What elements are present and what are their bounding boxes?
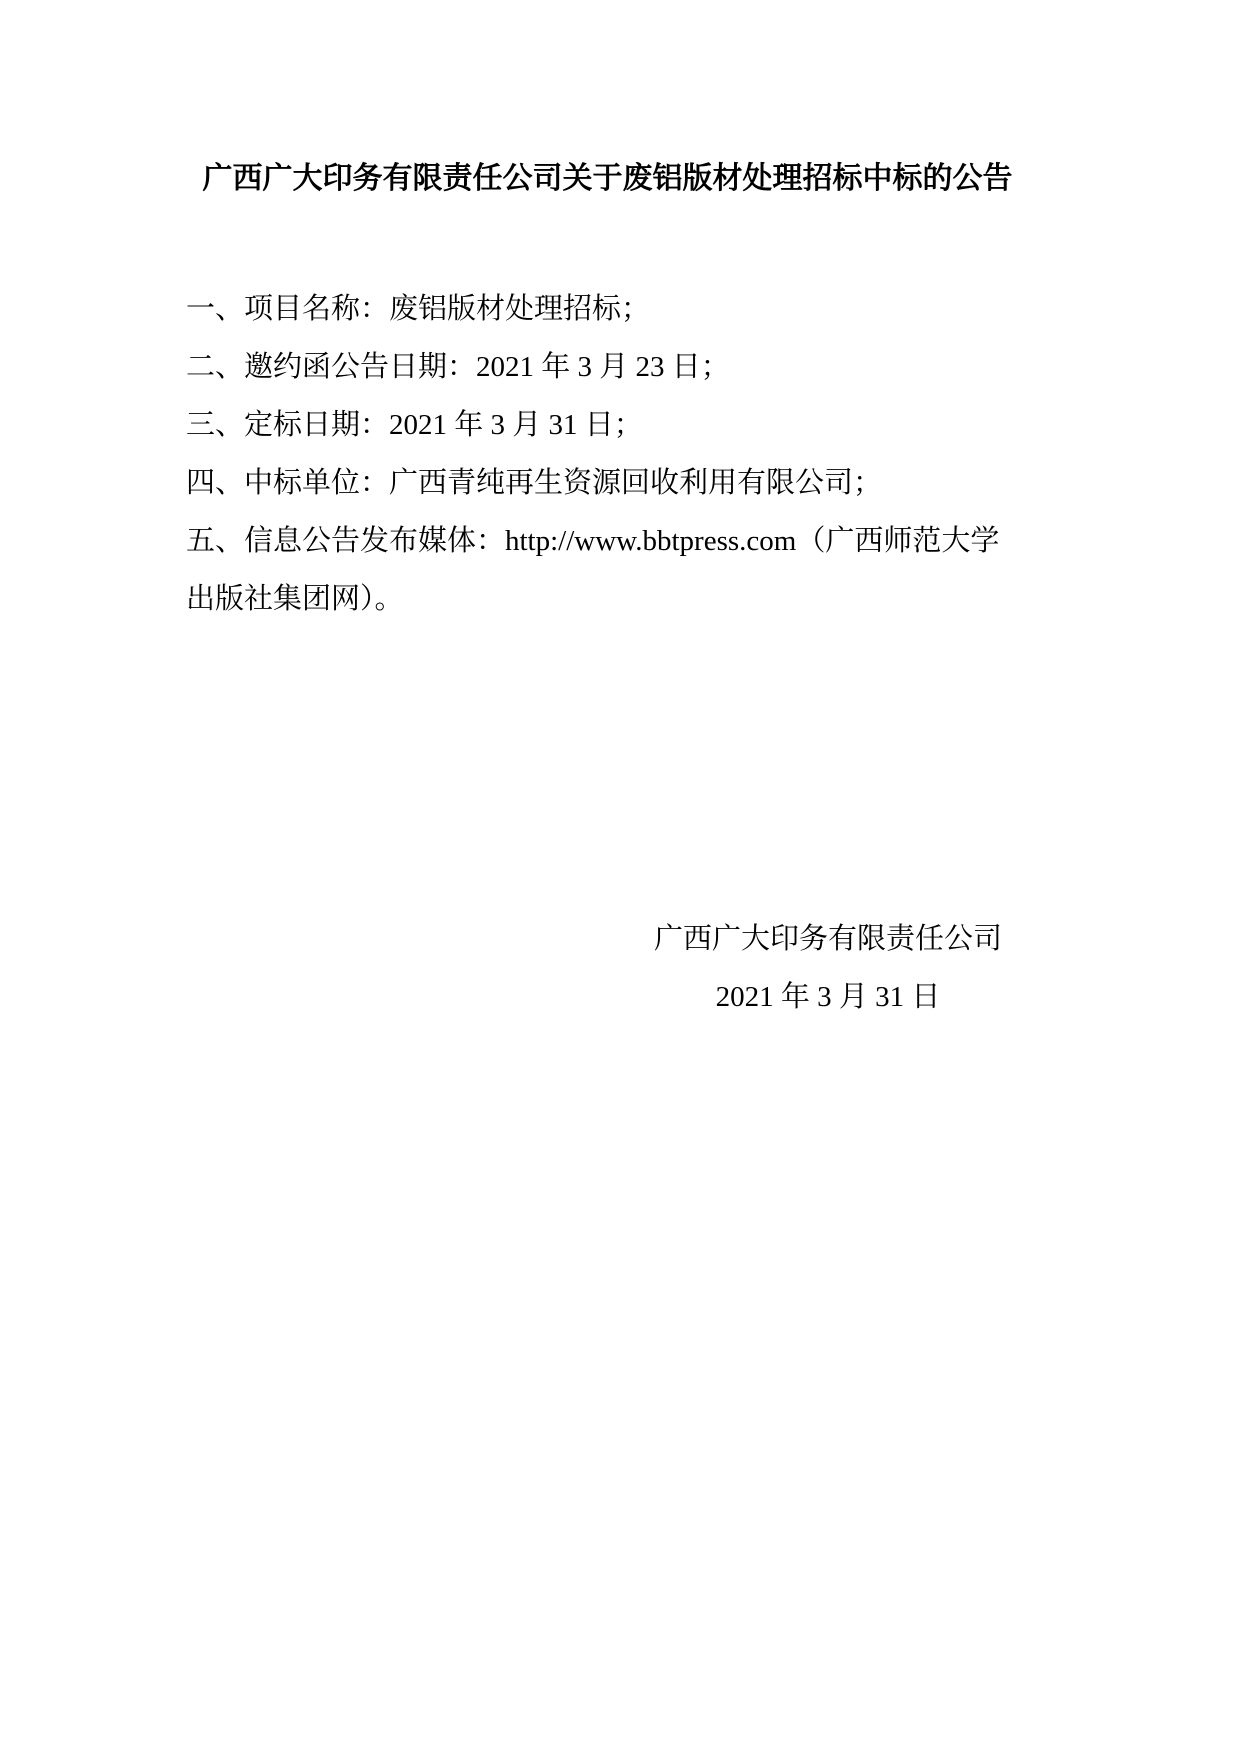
body-line-1: 一、项目名称：废铝版材处理招标； <box>186 280 1106 338</box>
body-line-4: 四、中标单位：广西青纯再生资源回收利用有限公司； <box>186 454 1106 512</box>
body-line-3: 三、定标日期：2021 年 3 月 31 日； <box>186 396 1106 454</box>
signature-date: 2021 年 3 月 31 日 <box>578 968 1078 1026</box>
body-line-5: 五、信息公告发布媒体：http://www.bbtpress.com（广西师范大… <box>186 512 1106 570</box>
body-line-6: 出版社集团网）。 <box>186 570 1106 628</box>
document-title: 广西广大印务有限责任公司关于废铝版材处理招标中标的公告 <box>0 161 1215 197</box>
signature-company: 广西广大印务有限责任公司 <box>578 910 1078 968</box>
body-line-2: 二、邀约函公告日期：2021 年 3 月 23 日； <box>186 338 1106 396</box>
signature-block: 广西广大印务有限责任公司 2021 年 3 月 31 日 <box>578 910 1078 1026</box>
document-page: 广西广大印务有限责任公司关于废铝版材处理招标中标的公告 一、项目名称：废铝版材处… <box>0 0 1240 1754</box>
document-body: 一、项目名称：废铝版材处理招标； 二、邀约函公告日期：2021 年 3 月 23… <box>186 280 1106 628</box>
